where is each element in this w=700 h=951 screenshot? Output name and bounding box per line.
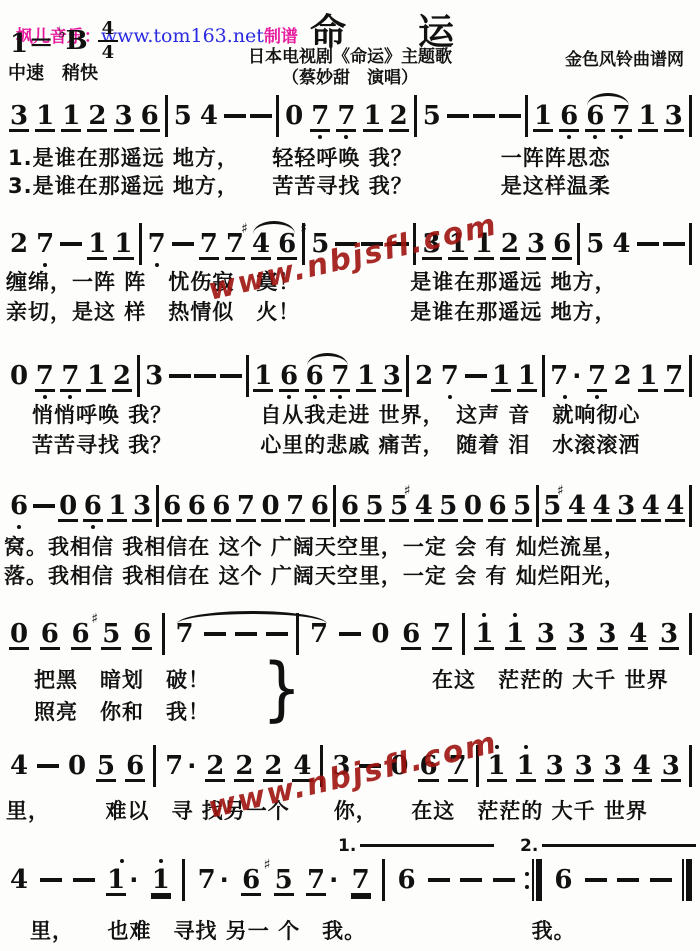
note: 1 xyxy=(637,89,659,143)
note: 6 xyxy=(210,479,232,533)
note: 0 xyxy=(57,479,79,533)
note: 1 xyxy=(362,89,384,143)
dash xyxy=(37,764,59,768)
note: 1 xyxy=(112,217,134,271)
octave-dot-high xyxy=(159,859,163,863)
note: 2 xyxy=(499,217,521,271)
note: 6 xyxy=(339,479,361,533)
note: 5 xyxy=(421,89,443,143)
octave-dot-low xyxy=(567,135,571,139)
barline xyxy=(577,223,580,265)
note: 7 xyxy=(335,89,357,143)
note: 5 xyxy=(363,479,385,533)
note: 3 xyxy=(535,607,557,661)
dash xyxy=(473,114,495,118)
barline xyxy=(333,485,336,527)
note: 2 xyxy=(413,349,435,403)
note: 6 xyxy=(39,607,61,661)
note: 7 xyxy=(146,217,168,271)
note: 4 xyxy=(627,607,649,661)
note: 2 xyxy=(111,349,133,403)
note: 6 xyxy=(278,349,300,403)
note: 7 xyxy=(198,217,220,271)
dash xyxy=(73,878,95,882)
lyrics-line3-verse3: 苦苦寻找 我？ 心里的悲戚 痛苦， 随着 泪 水滚滚洒 xyxy=(32,429,640,459)
note: 5 xyxy=(437,479,459,533)
lyrics-line5-right: 在这 茫茫的 大千 世界 xyxy=(432,664,669,694)
note: 0 xyxy=(462,479,484,533)
octave-dot-high xyxy=(524,745,528,749)
note: 7 xyxy=(284,479,306,533)
note: 7 xyxy=(431,607,453,661)
note: 1 xyxy=(637,349,659,403)
note: 1 xyxy=(532,89,554,143)
note: 6 xyxy=(552,853,574,907)
note: 7 xyxy=(350,853,372,907)
note: 1 xyxy=(85,349,107,403)
dash xyxy=(465,374,487,378)
music-line-3: 07712316671327117·7217 xyxy=(8,348,692,404)
note: 1 xyxy=(516,349,538,403)
octave-dot-low xyxy=(91,525,95,529)
note: 3 xyxy=(573,739,595,793)
dash xyxy=(220,374,242,378)
barline xyxy=(406,355,409,397)
octave-dot-low xyxy=(17,525,21,529)
note: 4 xyxy=(590,479,612,533)
barline xyxy=(525,95,528,137)
note: 2 xyxy=(8,217,30,271)
note: 3 xyxy=(525,217,547,271)
note: 3 xyxy=(566,607,588,661)
barline xyxy=(382,859,385,901)
note: 6 xyxy=(82,479,104,533)
note: 3 xyxy=(660,739,682,793)
note: 7· xyxy=(305,853,339,907)
note: 1 xyxy=(252,349,274,403)
note: ♯4 xyxy=(413,479,435,533)
note: 7· xyxy=(548,349,582,403)
note: 6 xyxy=(131,607,153,661)
note: 6 xyxy=(8,479,30,533)
note: 2 xyxy=(204,739,226,793)
note: 3 xyxy=(143,349,165,403)
note: 6 xyxy=(558,89,580,143)
lyrics-line3-verse1: 悄悄呼唤 我？ 自从我走进 世界， 这声 音 就响彻心 xyxy=(32,399,640,429)
lyrics-line4-verse1: 窝。我相信 我相信在 这个 广阔天空里，一定 会 有 灿烂流星， xyxy=(4,531,626,561)
verse-merge-brace: } xyxy=(262,651,301,727)
barline xyxy=(137,355,140,397)
note: 0 xyxy=(8,349,30,403)
note: 4 xyxy=(8,739,30,793)
note: 3 xyxy=(544,739,566,793)
volta-2-label: 2. xyxy=(520,836,538,856)
barline xyxy=(689,745,692,787)
note: 1 xyxy=(60,89,82,143)
duration-dot: · xyxy=(187,754,196,778)
barline xyxy=(162,613,165,655)
dash xyxy=(235,632,257,636)
lyrics-line1-verse3: 3.是谁在那遥远 地方， 苦苦寻找 我？ 是这样温柔 xyxy=(8,170,611,200)
note: 6 xyxy=(395,853,417,907)
note: 3 xyxy=(663,89,685,143)
note: 7 xyxy=(663,349,685,403)
note: 0 xyxy=(369,607,391,661)
note: 4 xyxy=(640,479,662,533)
sharp-icon: ♯ xyxy=(91,611,98,627)
note: 4 xyxy=(631,739,653,793)
note: 1· xyxy=(105,853,139,907)
note: 2 xyxy=(612,349,634,403)
dash xyxy=(493,878,515,882)
lyrics-line6: 里， 难以 寻 找另一个 你， 在这 茫茫的 大千 世界 xyxy=(6,795,648,825)
note: 5 xyxy=(95,739,117,793)
note: 6 xyxy=(309,479,331,533)
dash xyxy=(637,242,659,246)
note: 7 xyxy=(235,479,257,533)
note: 0 xyxy=(66,739,88,793)
tie-arc xyxy=(177,611,327,624)
note: 3 xyxy=(8,89,30,143)
duration-dot: · xyxy=(572,364,581,388)
dash xyxy=(172,242,194,246)
dash xyxy=(224,114,246,118)
note: 1 xyxy=(504,607,526,661)
note: 1 xyxy=(473,607,495,661)
dash xyxy=(447,114,469,118)
dash xyxy=(40,878,62,882)
performer: （蔡妙甜 演唱） xyxy=(0,63,700,88)
music-line-4: 606136667076655♯450655♯44344 xyxy=(8,478,692,534)
dash xyxy=(169,374,191,378)
note: 7 xyxy=(309,89,331,143)
barline xyxy=(536,485,539,527)
dash xyxy=(499,114,521,118)
note: 7 xyxy=(586,349,608,403)
note: ♯5 xyxy=(273,853,295,907)
music-line-1: 31123654077125166713 xyxy=(8,88,692,144)
barline xyxy=(689,95,692,137)
lyrics-line5-verse3: 照亮 你和 我！ xyxy=(34,696,210,726)
note: 1 xyxy=(515,739,537,793)
dash xyxy=(250,114,272,118)
dash xyxy=(585,878,607,882)
barline xyxy=(542,355,545,397)
note: 6 xyxy=(551,217,573,271)
note: ♯5 xyxy=(100,607,122,661)
note: 4 xyxy=(198,89,220,143)
note: 0 xyxy=(260,479,282,533)
barline xyxy=(462,613,465,655)
note: 4 xyxy=(664,479,686,533)
dash xyxy=(194,374,216,378)
barline xyxy=(246,355,249,397)
final-barline xyxy=(682,859,692,901)
note: 4 xyxy=(8,853,30,907)
note: 6 xyxy=(161,479,183,533)
dash xyxy=(266,632,288,636)
note: 6 xyxy=(139,89,161,143)
dash xyxy=(617,878,639,882)
note: 3 xyxy=(596,607,618,661)
octave-dot-low xyxy=(318,135,322,139)
note: ♯4 xyxy=(566,479,588,533)
barline xyxy=(139,223,142,265)
sharp-icon: ♯ xyxy=(404,483,411,499)
dash xyxy=(663,242,685,246)
note: 5 xyxy=(511,479,533,533)
barline xyxy=(182,859,185,901)
octave-dot-low xyxy=(344,135,348,139)
lyrics-line1-verse1: 1.是谁在那遥远 地方， 轻轻呼唤 我？ 一阵阵思恋 xyxy=(8,142,611,172)
music-line-7: 1. 2. 41·17·6♯57·766 xyxy=(8,852,692,908)
sharp-icon: ♯ xyxy=(300,221,307,237)
barline xyxy=(689,613,692,655)
duration-dot: · xyxy=(220,868,229,892)
octave-dot-high xyxy=(120,859,124,863)
barline xyxy=(276,95,279,137)
note: 3 xyxy=(381,349,403,403)
dash xyxy=(204,632,226,636)
note: 2 xyxy=(388,89,410,143)
note: 3 xyxy=(113,89,135,143)
dash xyxy=(460,878,482,882)
note: 2 xyxy=(86,89,108,143)
barline xyxy=(165,95,168,137)
note: 7 xyxy=(34,217,56,271)
note: 1 xyxy=(150,853,172,907)
octave-dot-low xyxy=(593,135,597,139)
note: 6 xyxy=(186,479,208,533)
note: 7 xyxy=(34,349,56,403)
note: 3 xyxy=(615,479,637,533)
octave-dot-high xyxy=(482,613,486,617)
note: 3 xyxy=(658,607,680,661)
note: 7· xyxy=(163,739,197,793)
note: 7 xyxy=(59,349,81,403)
barline xyxy=(414,95,417,137)
dash xyxy=(60,242,82,246)
lyrics-line5-verse1: 把黑 暗划 破！ xyxy=(34,664,210,694)
note: 5 xyxy=(584,217,606,271)
note: 6 xyxy=(70,607,92,661)
note: 4 xyxy=(610,217,632,271)
barline xyxy=(156,485,159,527)
note: 1 xyxy=(34,89,56,143)
note: 6 xyxy=(400,607,422,661)
volta-bracket-2: 2. xyxy=(520,836,696,856)
duration-dot: · xyxy=(129,868,138,892)
music-line-5: 066♯56770671133343 xyxy=(8,606,692,662)
volta-1-line xyxy=(360,844,494,856)
note: 6 xyxy=(124,739,146,793)
note: 3 xyxy=(602,739,624,793)
note: 6 xyxy=(487,479,509,533)
sharp-icon: ♯ xyxy=(557,483,564,499)
dash xyxy=(33,504,55,508)
barline xyxy=(689,223,692,265)
lyrics-line2-verse3: 亲切，是这 样 热情似 火！ 是谁在那遥远 地方， xyxy=(6,296,617,326)
note: 3 xyxy=(131,479,153,533)
note: 1 xyxy=(86,217,108,271)
duration-dot: · xyxy=(329,868,338,892)
note: 1 xyxy=(490,349,512,403)
dash xyxy=(339,632,361,636)
note: 0 xyxy=(8,607,30,661)
barline xyxy=(689,355,692,397)
note: 1 xyxy=(106,479,128,533)
sharp-icon: ♯ xyxy=(241,221,248,237)
note: 7· xyxy=(196,853,230,907)
note: 5 xyxy=(172,89,194,143)
note: 1 xyxy=(355,349,377,403)
repeat-end-barline xyxy=(525,859,542,901)
sharp-icon: ♯ xyxy=(264,857,271,873)
note: 0 xyxy=(283,89,305,143)
barline xyxy=(689,485,692,527)
dash xyxy=(650,878,672,882)
barline xyxy=(153,745,156,787)
note: 7 xyxy=(439,349,461,403)
lyrics-line7: 里， 也难 寻找 另一 个 我。 我。 xyxy=(30,915,576,945)
lyrics-line4-verse3: 落。我相信 我相信在 这个 广阔天空里，一定 会 有 灿烂阳光， xyxy=(4,560,626,590)
note: 6 xyxy=(240,853,262,907)
octave-dot-high xyxy=(513,613,517,617)
octave-dot-low xyxy=(619,135,623,139)
dash xyxy=(428,878,450,882)
